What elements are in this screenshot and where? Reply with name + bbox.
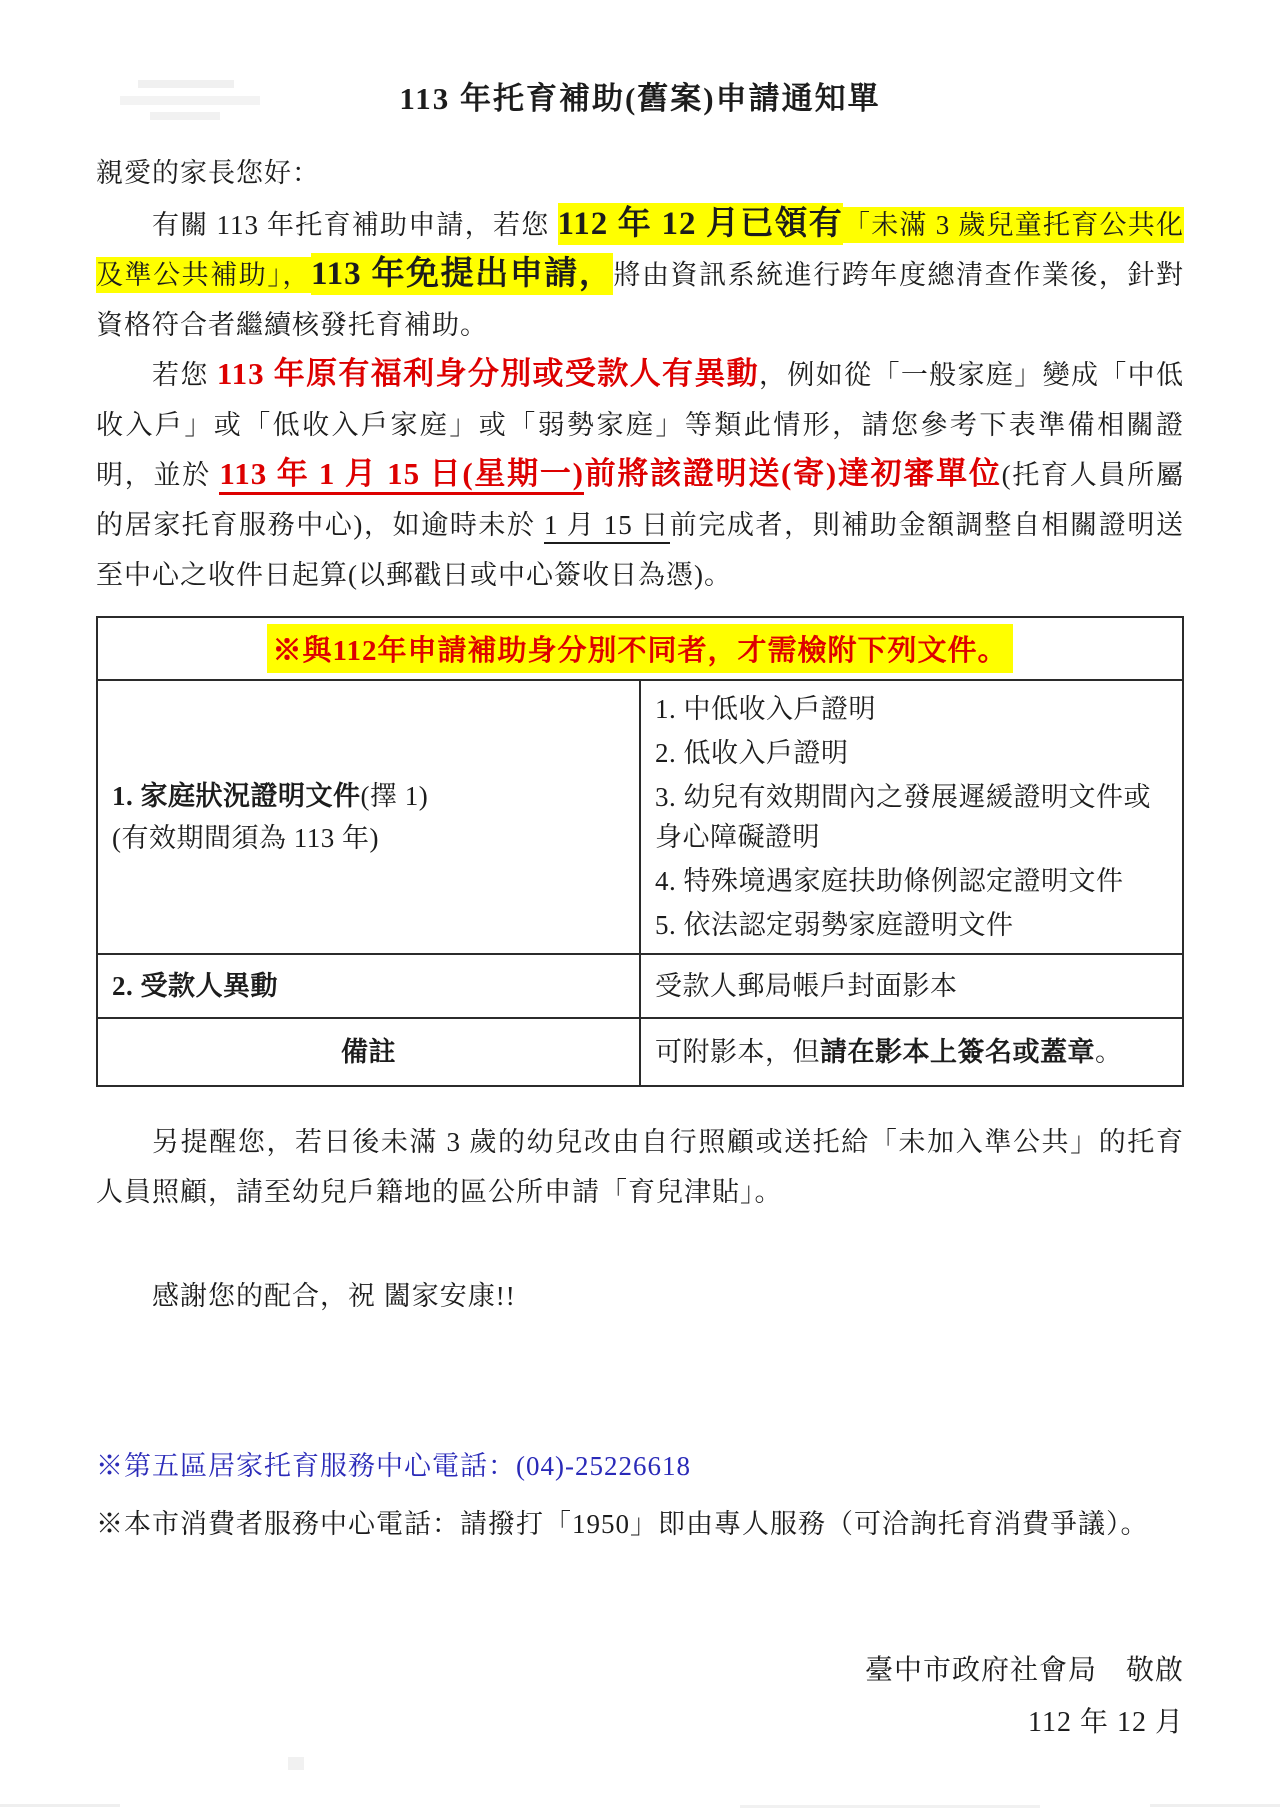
scan-artifact — [288, 1757, 304, 1770]
highlighted-bold-text: 113 年免提出申請， — [311, 253, 613, 295]
document-item: 1. 中低收入戶證明 — [655, 687, 1168, 731]
payee-change-label: 2. 受款人異動 — [97, 954, 640, 1018]
signature-block: 臺中市政府社會局 敬啟 112 年 12 月 — [96, 1645, 1184, 1749]
scan-artifact — [0, 1804, 120, 1807]
text-segment: 若您 — [152, 360, 217, 390]
document-item: 5. 依法認定弱勢家庭證明文件 — [655, 903, 1168, 947]
table-row-family-status: 1. 家庭狀況證明文件(擇 1) (有效期間須為 113 年) 1. 中低收入戶… — [97, 680, 1183, 954]
document-page: 113 年托育補助(舊案)申請通知單 親愛的家長您好： 有關 113 年托育補助… — [0, 0, 1280, 1810]
scan-artifact — [138, 80, 234, 88]
remarks-value: 可附影本，但請在影本上簽名或蓋章。 — [640, 1018, 1183, 1086]
signature-date: 112 年 12 月 — [96, 1697, 1184, 1749]
table-row-remarks: 備註 可附影本，但請在影本上簽名或蓋章。 — [97, 1018, 1183, 1086]
text-segment: 有關 113 年托育補助申請，若您 — [152, 210, 558, 240]
underlined-date: 1 月 15 日 — [544, 510, 670, 544]
scan-artifact — [120, 96, 260, 105]
document-item-list: 1. 中低收入戶證明 2. 低收入戶證明 3. 幼兒有效期間內之發展遲緩證明文件… — [655, 687, 1168, 947]
scan-artifact — [740, 1805, 1040, 1808]
greeting-line: 親愛的家長您好： — [96, 148, 1184, 198]
district-center-phone-line: ※第五區居家托育服務中心電話：(04)-25226618 — [96, 1437, 1184, 1495]
payee-change-value: 受款人郵局帳戶封面影本 — [640, 954, 1183, 1018]
document-item: 3. 幼兒有效期間內之發展遲緩證明文件或身心障礙證明 — [655, 775, 1168, 859]
red-emphasis-text: 前將該證明送(寄)達初審單位 — [584, 456, 1002, 491]
signature-org: 臺中市政府社會局 敬啟 — [96, 1645, 1184, 1697]
required-documents-table: ※與112年申請補助身分別不同者，才需檢附下列文件。 1. 家庭狀況證明文件(擇… — [96, 616, 1184, 1087]
scan-artifact — [1150, 1804, 1280, 1807]
family-status-choice: (擇 1) — [361, 781, 429, 811]
scan-artifact — [150, 112, 220, 120]
remarks-bold-text: 請在影本上簽名或蓋章 — [820, 1037, 1095, 1067]
table-header-row: ※與112年申請補助身分別不同者，才需檢附下列文件。 — [97, 617, 1183, 680]
red-emphasis-text: 113 年原有福利身分別或受款人有異動 — [217, 356, 759, 391]
highlighted-bold-text: 112 年 12 月已領有 — [558, 203, 843, 245]
paragraph-thanks: 感謝您的配合，祝 闔家安康!! — [96, 1271, 1184, 1321]
document-item: 2. 低收入戶證明 — [655, 731, 1168, 775]
paragraph-reminder: 另提醒您，若日後未滿 3 歲的幼兒改由自行照顧或送托給「未加入準公共」的托育人員… — [96, 1117, 1184, 1217]
table-header-cell: ※與112年申請補助身分別不同者，才需檢附下列文件。 — [97, 617, 1183, 680]
paragraph-apply-notice: 有關 113 年托育補助申請，若您 112 年 12 月已領有「未滿 3 歲兒童… — [96, 200, 1184, 350]
table-row-payee-change: 2. 受款人異動 受款人郵局帳戶封面影本 — [97, 954, 1183, 1018]
paragraph-change-notice: 若您 113 年原有福利身分別或受款人有異動，例如從「一般家庭」變成「中低收入戶… — [96, 350, 1184, 600]
text-segment: 。 — [1095, 1037, 1123, 1067]
family-status-validity: (有效期間須為 113 年) — [112, 817, 625, 859]
table-header-highlight: ※與112年申請補助身分別不同者，才需檢附下列文件。 — [267, 624, 1014, 673]
remarks-label: 備註 — [97, 1018, 640, 1086]
text-segment: 可附影本，但 — [655, 1037, 820, 1067]
family-status-label-cell: 1. 家庭狀況證明文件(擇 1) (有效期間須為 113 年) — [97, 680, 640, 954]
consumer-center-phone-line: ※本市消費者服務中心電話：請撥打「1950」即由專人服務（可洽詢托育消費爭議）。 — [96, 1495, 1184, 1553]
family-status-label: 1. 家庭狀況證明文件 — [112, 781, 361, 811]
document-item: 4. 特殊境遇家庭扶助條例認定證明文件 — [655, 859, 1168, 903]
red-underlined-deadline: 113 年 1 月 15 日(星期一) — [219, 456, 584, 495]
family-status-documents-cell: 1. 中低收入戶證明 2. 低收入戶證明 3. 幼兒有效期間內之發展遲緩證明文件… — [640, 680, 1183, 954]
